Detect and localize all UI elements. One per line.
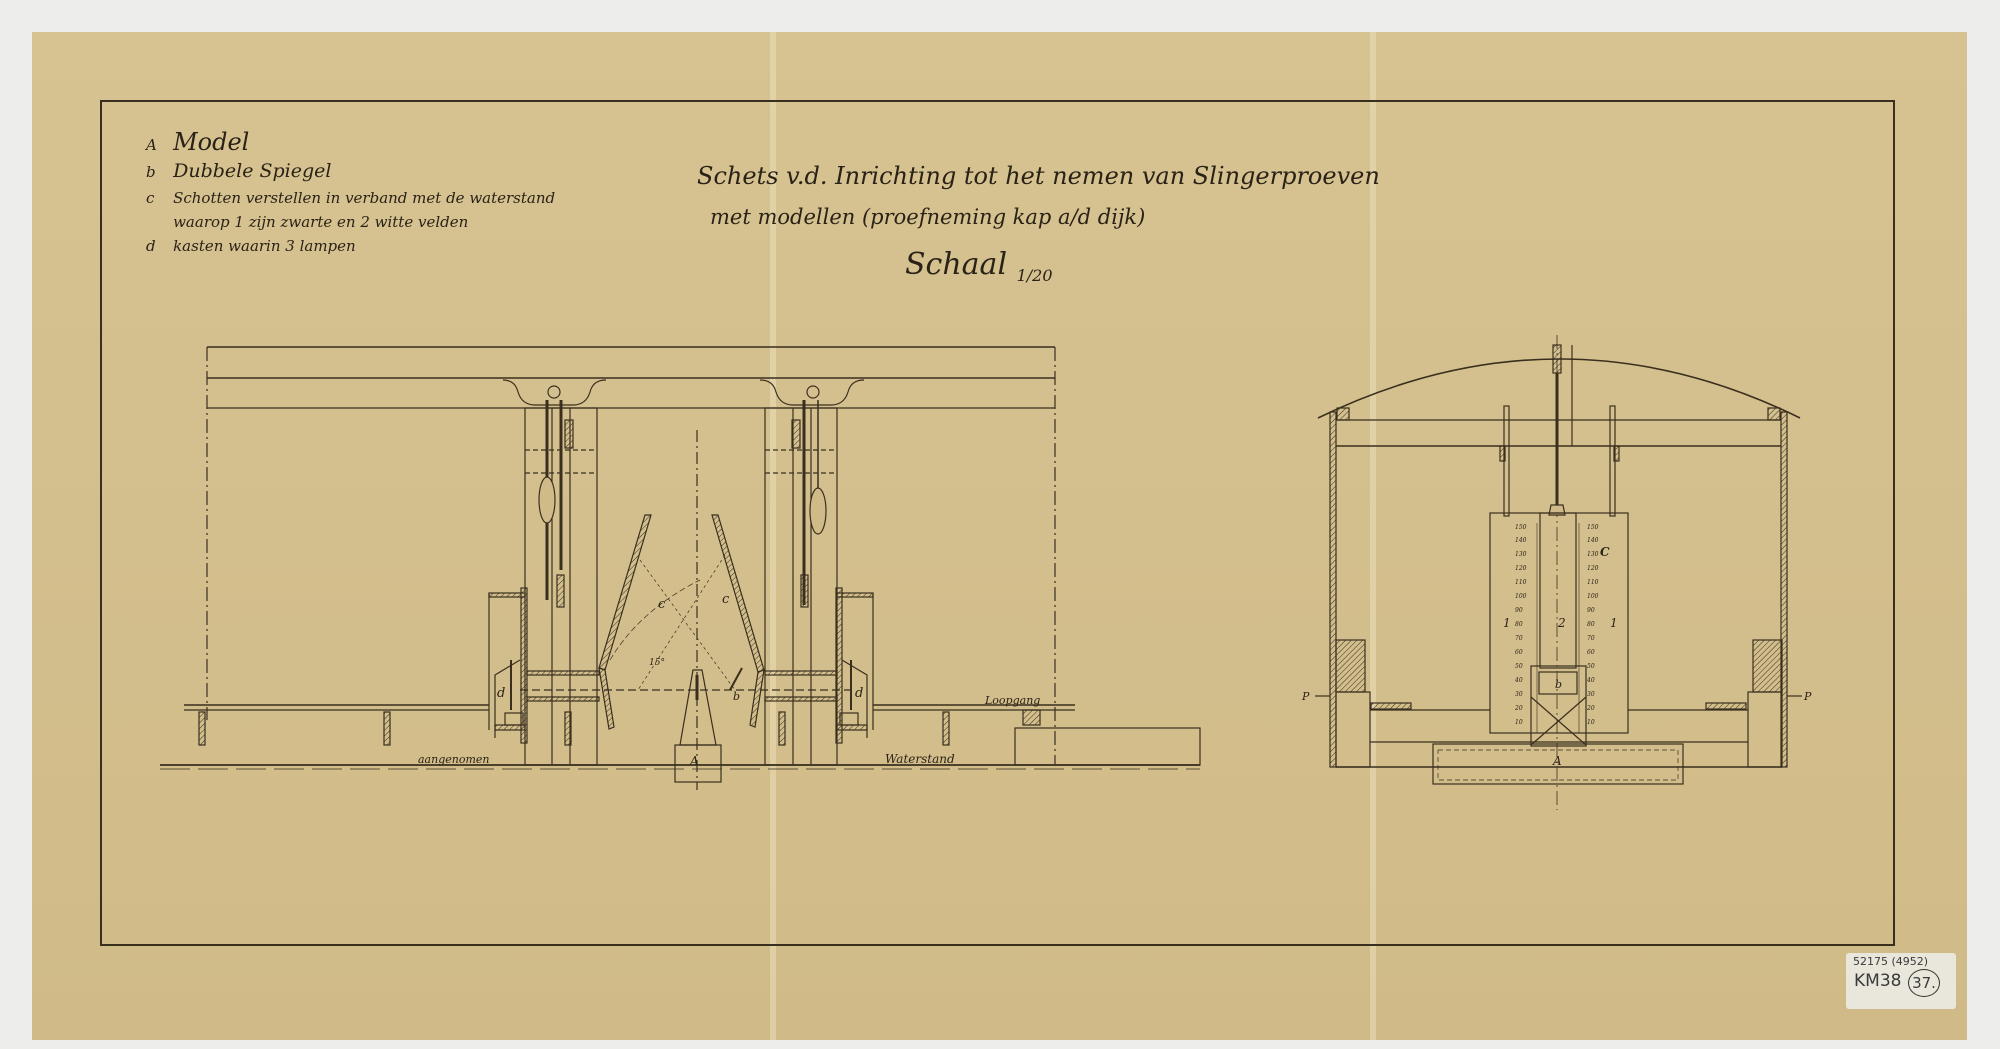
archive-number: 52175 (4952) bbox=[1853, 955, 1928, 968]
sheet-number: 37. bbox=[1908, 969, 1940, 997]
marker-left: P bbox=[1301, 690, 1310, 703]
archive-label: 52175 (4952) KM38 37. bbox=[1846, 953, 1956, 1009]
scale-numbers-left: 150 140 130 120 110 100 90 80 70 60 50 4… bbox=[1514, 524, 1527, 726]
svg-text:130: 130 bbox=[1515, 551, 1527, 558]
label-loopgang: Loopgang bbox=[984, 694, 1040, 707]
svg-text:70: 70 bbox=[1587, 635, 1595, 642]
svg-text:150: 150 bbox=[1515, 524, 1527, 531]
label-lamp-left: d bbox=[497, 686, 505, 701]
elevation-view: c c d d A b 15° aangenomen Waterstand Lo… bbox=[160, 347, 1200, 790]
svg-text:90: 90 bbox=[1587, 607, 1595, 614]
svg-text:110: 110 bbox=[1587, 579, 1599, 586]
label-screen-right: c bbox=[722, 592, 730, 607]
label-waterstand: Waterstand bbox=[885, 752, 955, 766]
svg-text:80: 80 bbox=[1515, 621, 1523, 628]
label-aangenomen: aangenomen bbox=[418, 753, 489, 766]
svg-text:50: 50 bbox=[1515, 663, 1523, 670]
svg-text:50: 50 bbox=[1587, 663, 1595, 670]
scale-numbers-right: 150 140 130 120 110 100 90 80 70 60 50 4… bbox=[1586, 524, 1599, 726]
svg-text:20: 20 bbox=[1514, 705, 1523, 712]
svg-text:20: 20 bbox=[1586, 705, 1595, 712]
svg-text:100: 100 bbox=[1515, 593, 1527, 600]
label-mirror: b bbox=[1555, 678, 1562, 691]
label-model: A bbox=[689, 754, 699, 768]
svg-text:120: 120 bbox=[1515, 565, 1527, 572]
label-angle: 15° bbox=[649, 658, 665, 668]
label-lamp-right: d bbox=[855, 686, 863, 701]
label-mirror: b bbox=[733, 690, 740, 703]
svg-text:30: 30 bbox=[1587, 691, 1595, 698]
label-field-right: 1 bbox=[1610, 616, 1618, 630]
technical-drawing: c c d d A b 15° aangenomen Waterstand Lo… bbox=[0, 0, 2000, 1049]
svg-text:140: 140 bbox=[1515, 537, 1527, 544]
marker-right: P bbox=[1803, 690, 1812, 703]
svg-text:30: 30 bbox=[1515, 691, 1523, 698]
svg-text:80: 80 bbox=[1587, 621, 1595, 628]
svg-text:40: 40 bbox=[1514, 677, 1523, 684]
svg-text:90: 90 bbox=[1515, 607, 1523, 614]
svg-text:120: 120 bbox=[1587, 565, 1599, 572]
section-view: P P C 1 2 1 b A 150 140 130 120 110 100 … bbox=[1301, 335, 1812, 810]
svg-text:10: 10 bbox=[1587, 719, 1595, 726]
label-screen-left: c bbox=[658, 597, 666, 612]
svg-text:130: 130 bbox=[1587, 551, 1599, 558]
label-field-center: 2 bbox=[1557, 616, 1566, 630]
label-field-left: 1 bbox=[1503, 616, 1511, 630]
svg-text:110: 110 bbox=[1515, 579, 1527, 586]
svg-text:150: 150 bbox=[1587, 524, 1599, 531]
archive-code: KM38 bbox=[1854, 971, 1901, 991]
svg-text:60: 60 bbox=[1587, 649, 1595, 656]
svg-text:100: 100 bbox=[1587, 593, 1599, 600]
svg-text:10: 10 bbox=[1515, 719, 1523, 726]
svg-text:140: 140 bbox=[1587, 537, 1599, 544]
svg-text:70: 70 bbox=[1515, 635, 1523, 642]
svg-text:40: 40 bbox=[1586, 677, 1595, 684]
label-model: A bbox=[1552, 754, 1562, 768]
label-screen: C bbox=[1600, 545, 1610, 559]
svg-text:60: 60 bbox=[1515, 649, 1523, 656]
